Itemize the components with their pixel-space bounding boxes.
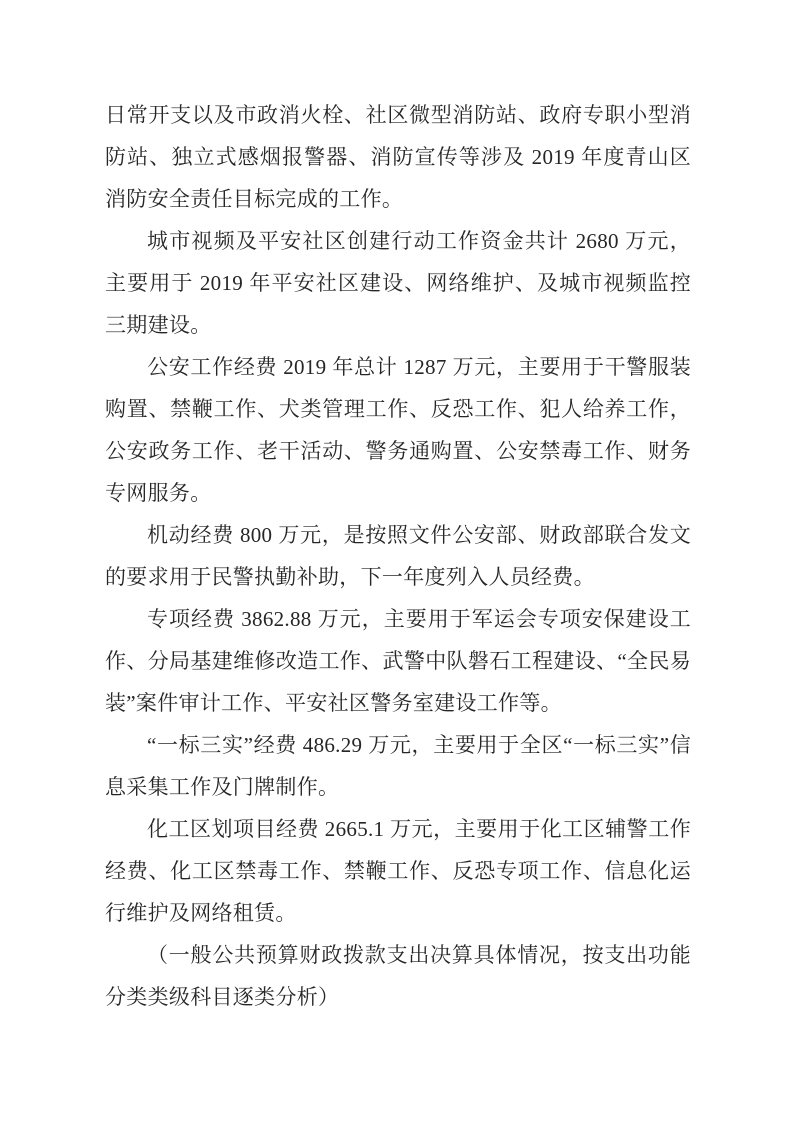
paragraph-budget-analysis-note: （一般公共预算财政拨款支出决算具体情况，按支出功能分类类级科目逐类分析） [105,934,691,1018]
paragraph-fire-safety-expenses: 日常开支以及市政消火栓、社区微型消防站、政府专职小型消防站、独立式感烟报警器、消… [105,94,691,220]
paragraph-one-standard-three-realities-funds: “一标三实”经费 486.29 万元，主要用于全区“一标三实”信息采集工作及门牌… [105,724,691,808]
paragraph-public-security-work-funds: 公安工作经费 2019 年总计 1287 万元，主要用于干警服装购置、禁鞭工作、… [105,346,691,514]
document-page: 日常开支以及市政消火栓、社区微型消防站、政府专职小型消防站、独立式感烟报警器、消… [0,0,793,1122]
paragraph-city-video-safe-community-funds: 城市视频及平安社区创建行动工作资金共计 2680 万元，主要用于 2019 年平… [105,220,691,346]
paragraph-chemical-district-project-funds: 化工区划项目经费 2665.1 万元，主要用于化工区辅警工作经费、化工区禁毒工作… [105,808,691,934]
paragraph-special-project-funds: 专项经费 3862.88 万元，主要用于军运会专项安保建设工作、分局基建维修改造… [105,598,691,724]
paragraph-mobile-funds: 机动经费 800 万元，是按照文件公安部、财政部联合发文的要求用于民警执勤补助，… [105,514,691,598]
document-body: { "page": { "background_color": "#ffffff… [0,0,793,1122]
